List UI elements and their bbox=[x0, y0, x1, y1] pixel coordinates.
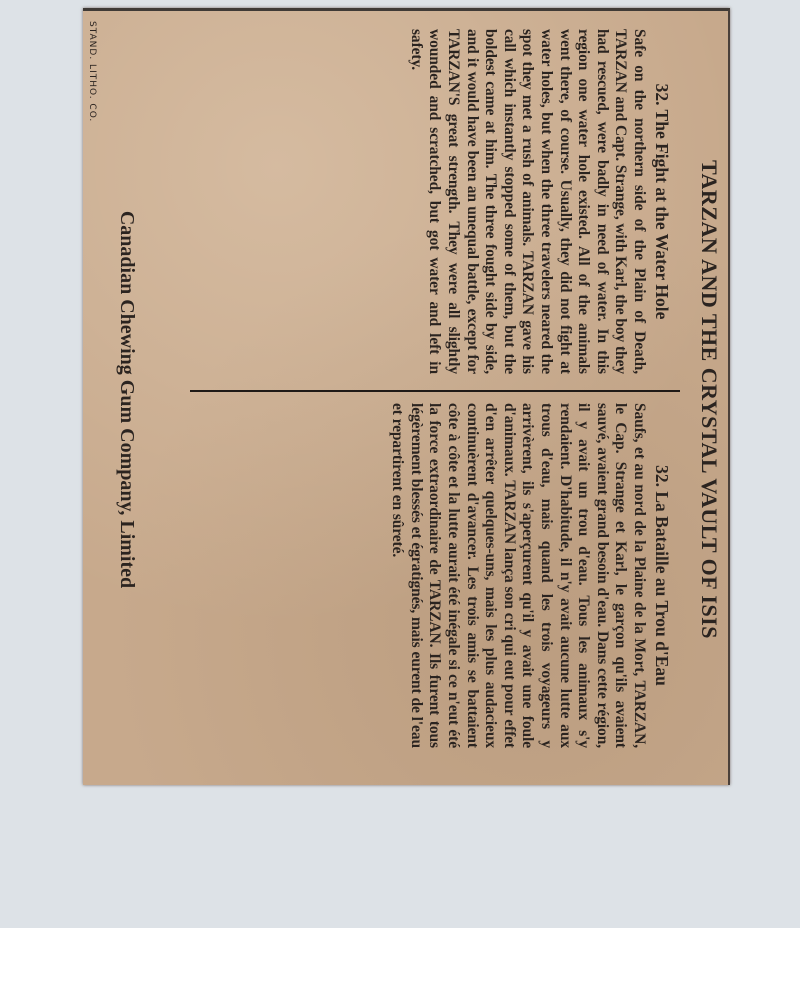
french-column: 32. La Bataille au Trou d'Eau Saufs, et … bbox=[168, 403, 678, 748]
column-divider bbox=[190, 389, 680, 393]
trading-card-back: TARZAN AND THE CRYSTAL VAULT OF ISIS 32.… bbox=[83, 8, 730, 785]
series-title: TARZAN AND THE CRYSTAL VAULT OF ISIS bbox=[696, 11, 722, 785]
divider-line bbox=[190, 390, 680, 392]
french-body: Saufs, et au nord de la Plaine de la Mor… bbox=[388, 403, 648, 748]
french-heading: 32. La Bataille au Trou d'Eau bbox=[652, 403, 672, 748]
printer-credit: STAND. LITHO. CO. bbox=[87, 21, 97, 122]
company-name: Canadian Chewing Gum Company, Limited bbox=[115, 11, 138, 785]
english-body: Safe on the northern side of the Plain o… bbox=[406, 29, 648, 374]
rotated-card-content: TARZAN AND THE CRYSTAL VAULT OF ISIS 32.… bbox=[83, 11, 730, 785]
english-heading: 32. The Fight at the Water Hole bbox=[652, 29, 672, 374]
english-column: 32. The Fight at the Water Hole Safe on … bbox=[168, 29, 678, 374]
